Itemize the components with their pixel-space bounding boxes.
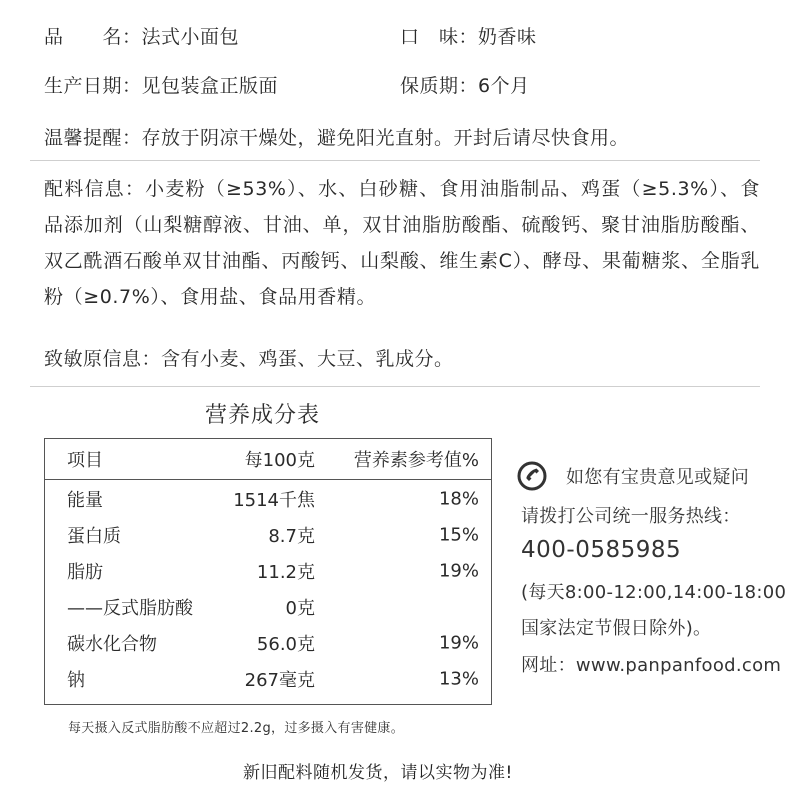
row-nrv: 18% <box>439 489 479 510</box>
hotline-number: 400-0585985 <box>521 537 681 563</box>
shelf-life: 保质期：6个月 <box>400 71 530 98</box>
row-nrv: 13% <box>439 669 479 690</box>
product-flavor: 口 味：奶香味 <box>400 22 537 49</box>
row-per-100g: 0克 <box>286 594 315 620</box>
row-item: 能量 <box>67 486 103 512</box>
allergen-label: 致敏原信息： <box>44 348 161 370</box>
header-nrv: 营养素参考值% <box>354 446 479 472</box>
row-per-100g: 267毫克 <box>245 666 315 692</box>
table-row: 脂肪 11.2克 19% <box>45 553 491 589</box>
header-item: 项目 <box>67 446 103 472</box>
ingredients-block: 配料信息：小麦粉（≥53%）、水、白砂糖、食用油脂制品、鸡蛋（≥5.3%）、食品… <box>44 171 760 315</box>
reminder-value: 存放于阴凉干燥处，避免阳光直射。开封后请尽快食用。 <box>142 127 630 149</box>
row-per-100g: 56.0克 <box>257 630 315 656</box>
divider-middle <box>30 386 760 387</box>
row-item: 脂肪 <box>67 558 103 584</box>
product-name: 品 名：法式小面包 <box>44 22 239 49</box>
shelf-life-value: 6个月 <box>478 75 530 97</box>
table-row: 碳水化合物 56.0克 19% <box>45 625 491 661</box>
allergen-text: 含有小麦、鸡蛋、大豆、乳成分。 <box>161 348 454 370</box>
website-url: www.panpanfood.com <box>576 655 781 676</box>
nutrition-table-header: 项目 每100克 营养素参考值% <box>45 439 491 480</box>
table-row: ——反式脂肪酸 0克 <box>45 589 491 625</box>
website: 网址：www.panpanfood.com <box>521 651 781 677</box>
table-row: 能量 1514千焦 18% <box>45 481 491 517</box>
allergen-info: 致敏原信息：含有小麦、鸡蛋、大豆、乳成分。 <box>44 344 454 371</box>
row-per-100g: 1514千焦 <box>233 486 315 512</box>
nutrition-table-title: 营养成分表 <box>205 398 320 429</box>
row-per-100g: 8.7克 <box>268 522 315 548</box>
row-per-100g: 11.2克 <box>257 558 315 584</box>
production-date-label: 生产日期： <box>44 75 142 97</box>
table-row: 蛋白质 8.7克 15% <box>45 517 491 553</box>
row-item: 蛋白质 <box>67 522 121 548</box>
ingredients-text: 小麦粉（≥53%）、水、白砂糖、食用油脂制品、鸡蛋（≥5.3%）、食品添加剂（山… <box>44 178 760 308</box>
row-nrv: 15% <box>439 525 479 546</box>
trans-fat-footnote: 每天摄入反式脂肪酸不应超过2.2g，过多摄入有害健康。 <box>68 717 404 736</box>
contact-line-2: 请拨打公司统一服务热线： <box>521 502 741 528</box>
row-item: 钠 <box>67 666 85 692</box>
product-name-value: 法式小面包 <box>142 26 240 48</box>
production-date-value: 见包装盒正版面 <box>142 75 279 97</box>
divider-top <box>30 160 760 161</box>
product-name-label: 品 名： <box>44 26 142 48</box>
ingredients-label: 配料信息： <box>44 178 145 200</box>
row-nrv: 19% <box>439 633 479 654</box>
row-item: ——反式脂肪酸 <box>67 594 193 620</box>
storage-reminder: 温馨提醒：存放于阴凉干燥处，避免阳光直射。开封后请尽快食用。 <box>44 123 629 150</box>
header-per-100g: 每100克 <box>245 446 315 472</box>
flavor-label: 口 味： <box>400 26 478 48</box>
production-date: 生产日期：见包装盒正版面 <box>44 71 278 98</box>
nutrition-table: 项目 每100克 营养素参考值% 能量 1514千焦 18% 蛋白质 8.7克 … <box>44 438 492 705</box>
phone-icon <box>517 461 547 491</box>
website-label: 网址： <box>521 655 576 676</box>
contact-line-1: 如您有宝贵意见或疑问 <box>566 463 749 489</box>
service-hours: (每天8:00-12:00,14:00-18:00 <box>521 578 786 604</box>
row-nrv: 19% <box>439 561 479 582</box>
shelf-life-label: 保质期： <box>400 75 478 97</box>
bottom-note: 新旧配料随机发货，请以实物为准! <box>243 758 513 783</box>
holiday-note: 国家法定节假日除外)。 <box>521 614 711 640</box>
reminder-label: 温馨提醒： <box>44 127 142 149</box>
flavor-value: 奶香味 <box>478 26 537 48</box>
table-row: 钠 267毫克 13% <box>45 661 491 697</box>
row-item: 碳水化合物 <box>67 630 157 656</box>
